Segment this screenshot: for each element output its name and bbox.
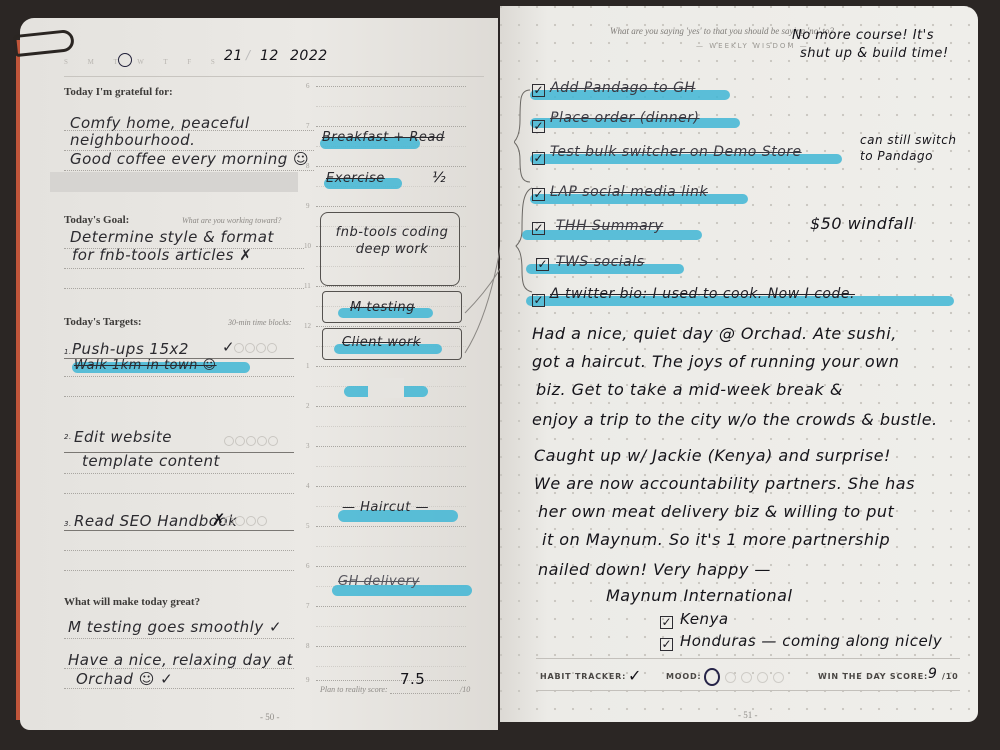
hour-label: 3 [306, 442, 310, 450]
header-divider [64, 76, 484, 77]
writing-line [64, 638, 294, 639]
schedule-entry-exercise[interactable]: Exercise [326, 171, 385, 186]
weekly-wisdom-attribution: — WEEKLY WISDOM — [696, 42, 809, 50]
task-4[interactable]: LAP social media link [550, 184, 708, 200]
mood-face[interactable] [725, 672, 736, 683]
schedule-entry-deep-work[interactable]: fnb-tools coding deep work [332, 224, 452, 258]
maynum-checkbox-honduras[interactable]: ✓ [660, 638, 673, 651]
redacted-region [368, 378, 404, 398]
targets-hint: 30-min time blocks: [228, 318, 292, 327]
page-number-right: - 51 - [738, 710, 758, 720]
hour-line [316, 486, 466, 487]
task-3[interactable]: Test bulk switcher on Demo Store [550, 144, 802, 160]
half-hour-line [316, 666, 466, 667]
hour-label: 2 [306, 402, 310, 410]
date-day[interactable]: 21 [224, 48, 243, 64]
half-hour-line [316, 426, 466, 427]
writing-line [64, 688, 294, 689]
schedule-entry-m-testing[interactable]: M testing [350, 300, 415, 315]
task-5[interactable]: THH Summary [556, 218, 663, 234]
mood-face[interactable] [773, 672, 784, 683]
target-1-text[interactable]: Push-ups 15x2 [72, 340, 189, 358]
target-2-text[interactable]: Edit website [74, 428, 172, 446]
great-line-2[interactable]: Have a nice, relaxing day at [68, 651, 293, 669]
mood-label: MOOD: [666, 672, 701, 681]
journal-line[interactable]: Caught up w/ Jackie (Kenya) and surprise… [534, 446, 891, 465]
half-hour-line [316, 626, 466, 627]
writing-line [64, 493, 294, 494]
hour-line [316, 86, 466, 87]
hour-line [316, 646, 466, 647]
target-2-text-2[interactable]: template content [82, 452, 220, 470]
maynum-item-kenya[interactable]: Kenya [680, 610, 729, 628]
exercise-note[interactable]: ½ [432, 170, 446, 186]
task-1[interactable]: Add Pandago to GH [550, 80, 695, 96]
half-hour-line [316, 546, 466, 547]
grateful-label: Today I'm grateful for: [64, 86, 173, 98]
great-label: What will make today great? [64, 596, 200, 608]
journal-line[interactable]: enjoy a trip to the city w/o the crowds … [532, 410, 938, 429]
task-3-note[interactable]: can still switch to Pandago [860, 132, 970, 164]
schedule-entry-gh-delivery[interactable]: GH delivery [338, 574, 420, 589]
win-the-day-value[interactable]: 9 [928, 666, 937, 682]
hour-line [316, 406, 466, 407]
score-line [390, 693, 460, 694]
mood-face[interactable] [741, 672, 752, 683]
task-5-note[interactable]: $50 windfall [810, 214, 914, 233]
target-2-bubbles[interactable] [224, 436, 278, 446]
target-number: 2. [64, 433, 72, 441]
hour-line [316, 326, 466, 327]
grateful-line-2[interactable]: neighbourhood. [70, 131, 195, 149]
date-year[interactable]: 2022 [290, 48, 328, 64]
hour-label: 6 [306, 562, 310, 570]
habit-tracker-value[interactable]: ✓ [628, 666, 642, 685]
right-page: What are you saying 'yes' to that you sh… [500, 6, 978, 722]
target-3-bubbles[interactable] [224, 516, 267, 526]
hour-line [316, 566, 466, 567]
hour-label: 12 [304, 322, 311, 330]
writing-line [64, 268, 304, 269]
grateful-line-3[interactable]: Good coffee every morning ☺ [70, 150, 309, 168]
task-7[interactable]: Δ twitter bio: I used to cook. Now I cod… [550, 286, 855, 302]
hour-line [316, 606, 466, 607]
targets-label: Today's Targets: [64, 316, 142, 328]
hour-line [316, 526, 466, 527]
hour-label: 8 [306, 642, 310, 650]
hour-line [316, 286, 466, 287]
goal-line-1[interactable]: Determine style & format [70, 228, 274, 246]
goal-label: Today's Goal: [64, 214, 129, 226]
writing-line [64, 170, 314, 171]
hour-label: 10 [304, 242, 311, 250]
plan-score-max: /10 [460, 685, 470, 694]
hour-label: 5 [306, 522, 310, 530]
schedule-entry-client-work[interactable]: Client work [342, 335, 421, 350]
hour-label: 4 [306, 482, 310, 490]
schedule-entry-haircut[interactable]: — Haircut — [342, 500, 429, 515]
hour-line [316, 206, 466, 207]
mood-selector[interactable] [704, 668, 784, 686]
plan-score-label: Plan to reality score: [320, 685, 388, 694]
redacted-region [50, 172, 298, 192]
target-1-bubbles[interactable] [234, 343, 277, 353]
half-hour-line [316, 106, 466, 107]
journal-line[interactable]: We are now accountability partners. She … [534, 474, 915, 493]
target-underline [64, 530, 294, 531]
target-number: 1. [64, 348, 72, 356]
page-number-left: - 50 - [260, 712, 280, 722]
task-2[interactable]: Place order (dinner) [550, 110, 700, 126]
schedule-entry-breakfast[interactable]: Breakfast + Read [322, 130, 445, 145]
writing-line [64, 668, 294, 669]
footer-divider-bottom [536, 690, 960, 691]
left-page: S M T W T F S 21 / 12 2022 Today I'm gra… [20, 18, 498, 730]
journal-line[interactable]: Had a nice, quiet day @ Orchad. Ate sush… [532, 324, 897, 343]
hour-line [316, 680, 466, 681]
half-hour-line [316, 466, 466, 467]
maynum-title[interactable]: Maynum International [606, 586, 792, 605]
journal-line[interactable]: got a haircut. The joys of running your … [532, 352, 899, 371]
wisdom-answer-1[interactable]: No more course! It's [792, 28, 934, 43]
hour-label: 6 [306, 82, 310, 90]
task-6[interactable]: TWS socials [556, 254, 644, 270]
date-month[interactable]: 12 [260, 48, 279, 64]
writing-line [64, 570, 294, 571]
writing-line [64, 288, 304, 289]
hour-line [316, 366, 466, 367]
target-1-extra[interactable]: Walk 1km in town ☺ [74, 358, 217, 373]
journal-line[interactable]: it on Maynum. So it's 1 more partnership [542, 530, 890, 549]
selected-weekday-circle [118, 53, 132, 67]
writing-line [64, 473, 294, 474]
maynum-checkbox-kenya[interactable]: ✓ [660, 616, 673, 629]
writing-line [64, 550, 294, 551]
hour-label: 9 [306, 676, 310, 684]
hour-line [316, 126, 466, 127]
open-planner: S M T W T F S 21 / 12 2022 Today I'm gra… [0, 0, 1000, 750]
hour-label: 7 [306, 122, 310, 130]
hour-label: 8 [306, 162, 310, 170]
goal-hint: What are you working toward? [182, 216, 281, 225]
hour-label: 1 [306, 362, 310, 370]
goal-line-2[interactable]: for fnb-tools articles ✗ [72, 246, 252, 264]
task-checkbox[interactable]: ✓ [536, 258, 549, 271]
win-the-day-max: /10 [942, 672, 958, 681]
hour-label: 9 [306, 202, 310, 210]
mood-face-selected[interactable] [704, 668, 720, 686]
hour-label: 7 [306, 602, 310, 610]
plan-score-value[interactable]: 7.5 [400, 670, 425, 688]
great-line-3[interactable]: Orchad ☺ ✓ [76, 670, 173, 688]
task-group-brackets [514, 80, 536, 310]
target-number: 3. [64, 520, 72, 528]
great-line-1[interactable]: M testing goes smoothly ✓ [68, 618, 282, 636]
journal-line[interactable]: nailed down! Very happy — [538, 560, 771, 579]
journal-line[interactable]: biz. Get to take a mid-week break & [536, 380, 843, 399]
win-the-day-label: WIN THE DAY SCORE: [818, 672, 928, 681]
mood-face[interactable] [757, 672, 768, 683]
hour-line [316, 166, 466, 167]
journal-line[interactable]: her own meat delivery biz & willing to p… [538, 502, 894, 521]
wisdom-answer-2[interactable]: shut up & build time! [800, 46, 949, 61]
writing-line [64, 396, 294, 397]
maynum-item-honduras[interactable]: Honduras — coming along nicely [680, 632, 942, 650]
hour-line [316, 446, 466, 447]
footer-divider-top [536, 658, 960, 659]
habit-tracker-label: HABIT TRACKER: [540, 672, 626, 681]
weekday-row: S M T W T F S [64, 58, 224, 66]
writing-line [64, 376, 294, 377]
hour-label: 11 [304, 282, 311, 290]
